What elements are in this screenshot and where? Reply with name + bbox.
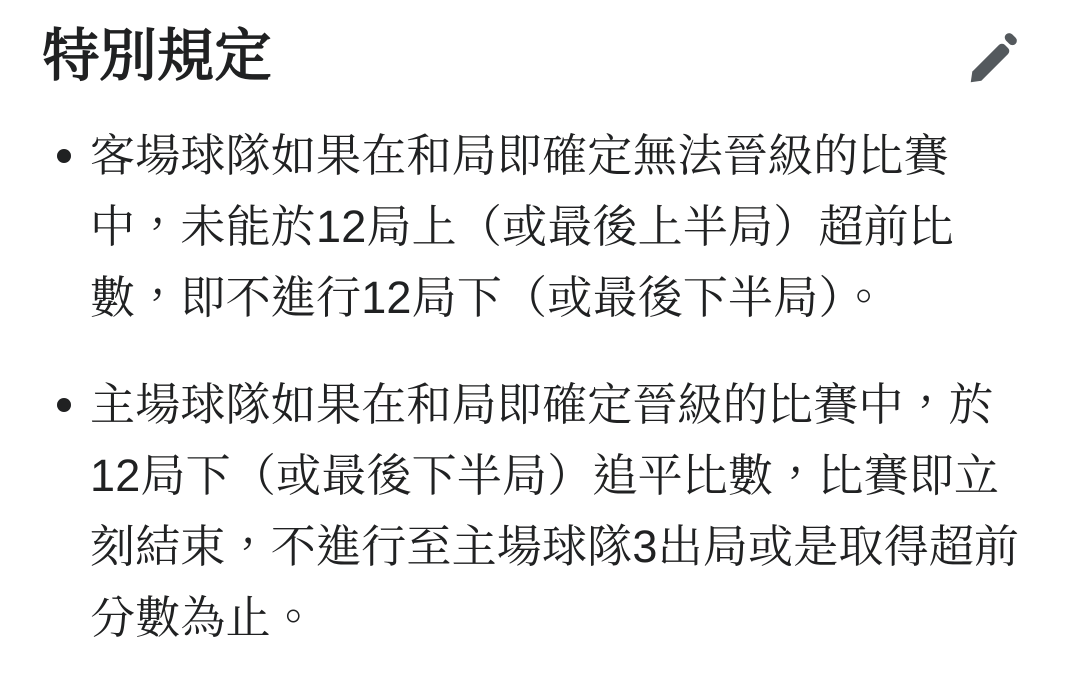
rules-list: 客場球隊如果在和局即確定無法晉級的比賽中，未能於12局上（或最後上半局）超前比數…	[42, 120, 1025, 653]
bullet-icon	[57, 398, 71, 412]
section-title: 特別規定	[42, 18, 272, 94]
edit-section-button[interactable]	[963, 28, 1025, 90]
section-header: 特別規定	[42, 18, 1025, 94]
article-section: 特別規定 客場球隊如果在和局即確定無法晉級的比賽中，未能於12局上（或最後上半局…	[0, 0, 1080, 679]
rule-text: 客場球隊如果在和局即確定無法晉級的比賽中，未能於12局上（或最後上半局）超前比數…	[90, 130, 954, 323]
rule-item: 客場球隊如果在和局即確定無法晉級的比賽中，未能於12局上（或最後上半局）超前比數…	[42, 120, 1025, 333]
rule-text: 主場球隊如果在和局即確定晉級的比賽中，於12局下（或最後下半局）追平比數，比賽即…	[90, 379, 1019, 643]
bullet-icon	[57, 149, 71, 163]
rule-item: 主場球隊如果在和局即確定晉級的比賽中，於12局下（或最後下半局）追平比數，比賽即…	[42, 369, 1025, 653]
pencil-icon	[963, 28, 1025, 90]
